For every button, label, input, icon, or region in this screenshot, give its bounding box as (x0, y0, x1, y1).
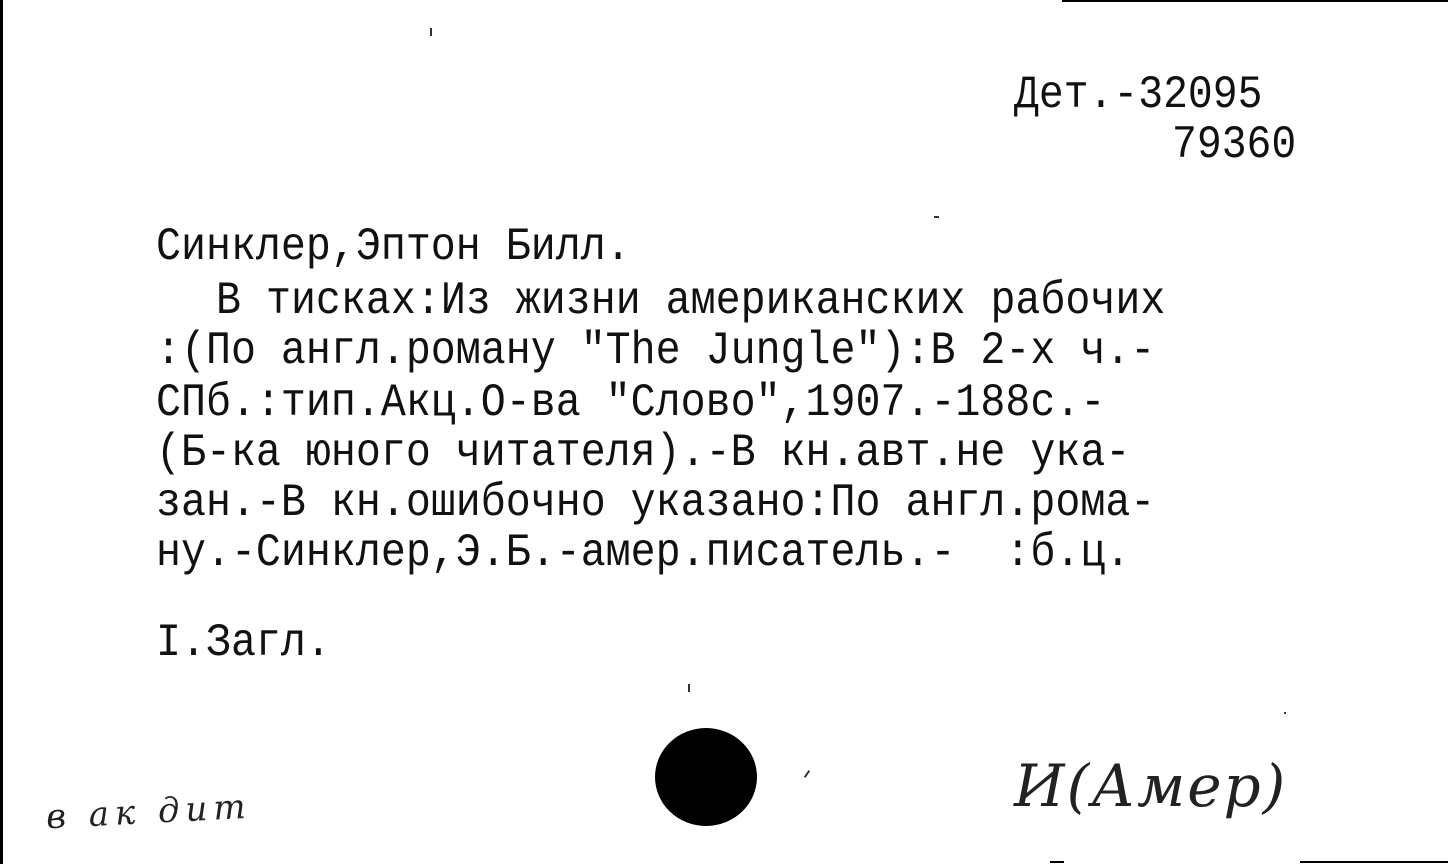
card-bottom-border-fragment (1050, 861, 1064, 863)
punch-hole (655, 728, 757, 826)
card-left-border (0, 0, 3, 864)
title-tracing: I.Загл. (156, 620, 331, 666)
description-line-1: В тисках:Из жизни американских рабочих (216, 278, 1165, 324)
handwritten-classification: И(Амер) (1014, 752, 1287, 820)
description-line-3: СПб.:тип.Акц.О-ва "Слово",1907.-188с.- (156, 380, 1105, 426)
scan-speck (688, 684, 690, 692)
author-heading: Синклер,Эптон Билл. (156, 224, 631, 270)
card-top-border (1062, 0, 1448, 2)
description-line-4: (Б-ка юного читателя).-В кн.авт.не ука- (156, 430, 1130, 476)
description-line-2: :(По англ.роману "The Jungle"):В 2-х ч.- (156, 328, 1155, 374)
card-bottom-border (1300, 861, 1448, 863)
scan-speck (934, 216, 939, 218)
description-line-5: зан.-В кн.ошибочно указано:По англ.рома- (156, 480, 1155, 526)
scan-speck (804, 770, 810, 778)
catalog-card: Дет.-32095 79360 Синклер,Эптон Билл. В т… (0, 0, 1448, 864)
shelf-mark-line-2: 79360 (1172, 122, 1296, 168)
handwritten-note-left: в ак дит (45, 787, 252, 838)
shelf-mark-line-1: Дет.-32095 (1014, 72, 1262, 118)
scan-speck (430, 28, 432, 36)
description-line-6: ну.-Синклер,Э.Б.-амер.писатель.- :б.ц. (156, 530, 1130, 576)
scan-speck (1284, 712, 1286, 714)
